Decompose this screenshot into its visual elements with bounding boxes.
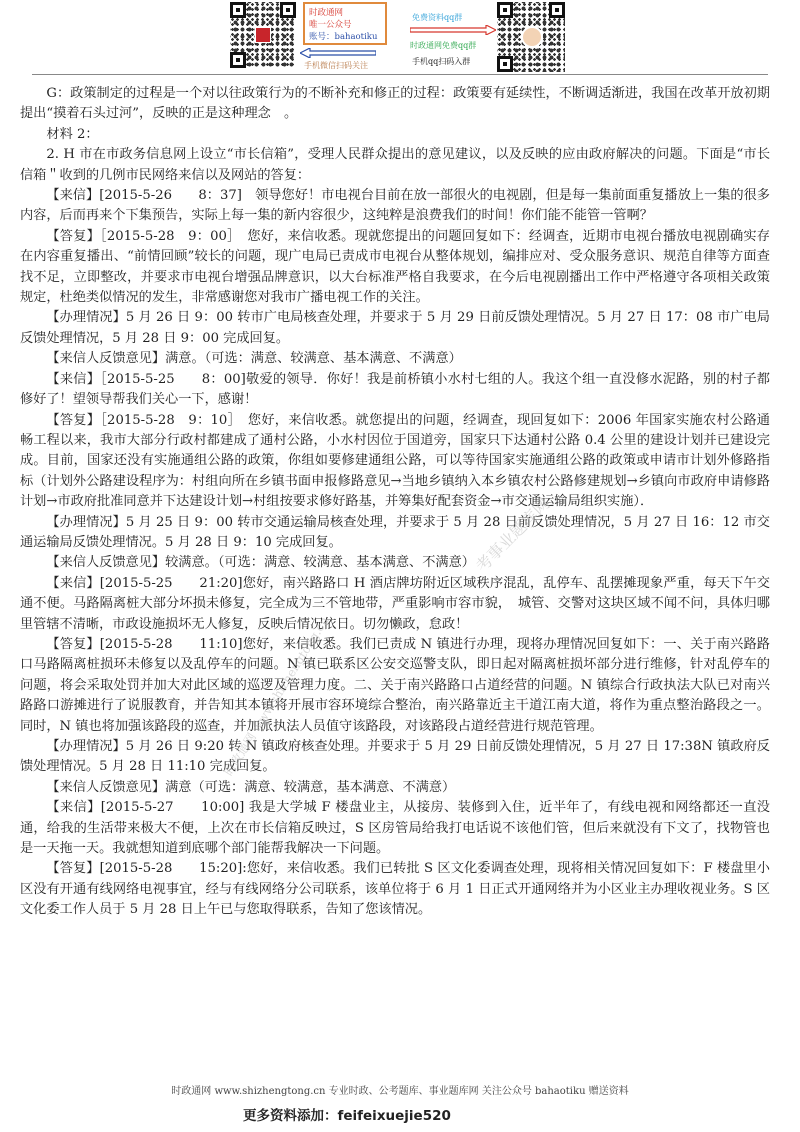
qq-scan-caption: 手机qq扫码入群 <box>412 56 470 67</box>
promo-line-2: 唯一公众号 <box>309 19 381 31</box>
letter-2: 【来信】［2015-5-25 8：00]敬爱的领导．你好！我是前桥镇小水村七组的… <box>20 370 770 411</box>
promo-box: 时政通网 唯一公众号 账号：bahaotiku <box>303 2 387 45</box>
qq-group-name: 时政通网免费qq群 <box>410 40 476 51</box>
feedback-2: 【来信人反馈意见】较满意。（可选：满意、较满意、基本满意、不满意） <box>20 553 770 573</box>
wechat-qr-code-icon <box>230 2 296 68</box>
question-2-intro: 2. H 市在市政务信息网上设立“市长信箱”，受理人民群众提出的意见建议，以及反… <box>20 145 770 186</box>
footer-more-label: 更多资料添加： <box>243 1108 338 1124</box>
arrow-left-icon <box>300 48 376 58</box>
brand-logo-icon <box>255 27 271 43</box>
arrow-right-icon <box>410 25 496 35</box>
reply-1: 【答复】［2015-5-28 9：00］ 您好，来信收悉。现就您提出的问题回复如… <box>20 227 770 309</box>
feedback-3: 【来信人反馈意见】满意（可选：满意、较满意，基本满意、不满意） <box>20 778 770 798</box>
promo-account: 账号：bahaotiku <box>309 31 381 43</box>
footer-contact-id: feifeixuejie520 <box>338 1108 451 1124</box>
qq-group-label: 免费资料qq群 <box>412 12 462 23</box>
document-body: G：政策制定的过程是一个对以往政策行为的不断补充和修正的过程：政策要有延续性，不… <box>20 84 770 921</box>
handling-2: 【办理情况】5 月 25 日 9：00 转市交通运输局核查处理，并要求于 5 月… <box>20 513 770 554</box>
footer-site-line: 时政通网 www.shizhengtong.cn 专业时政、公考题库、事业题库网… <box>0 1082 800 1097</box>
feedback-1: 【来信人反馈意见】满意。（可选：满意、较满意、基本满意、不满意） <box>20 349 770 369</box>
qq-group-qr-code-icon <box>497 2 565 72</box>
promo-line-1: 时政通网 <box>309 7 381 19</box>
avatar-icon <box>521 26 543 48</box>
letter-1: 【来信】[2015-5-26 8：37] 领导您好！市电视台目前在放一部很火的电… <box>20 186 770 227</box>
reply-4: 【答复】[2015-5-28 15:20]:您好，来信收悉。我们已转批 S 区文… <box>20 859 770 920</box>
paragraph-policy-g: G：政策制定的过程是一个对以往政策行为的不断补充和修正的过程：政策要有延续性，不… <box>20 84 770 125</box>
letter-4: 【来信】[2015-5-27 10:00] 我是大学城 F 楼盘业主，从接房、装… <box>20 798 770 859</box>
reply-2: 【答复】［2015-5-28 9：10］ 您好，来信收悉。就您提出的问题，经调查… <box>20 411 770 513</box>
wechat-scan-caption: 手机微信扫码关注 <box>304 60 368 71</box>
letter-3: 【来信】[2015-5-25 21:20]您好，南兴路路口 H 酒店牌坊附近区域… <box>20 574 770 635</box>
handling-1: 【办理情况】5 月 26 日 9：00 转市广电局核查处理，并要求于 5 月 2… <box>20 308 770 349</box>
handling-3: 【办理情况】5 月 26 日 9:20 转 N 镇政府核查处理。并要求于 5 月… <box>20 737 770 778</box>
header-banner: 时政通网 唯一公众号 账号：bahaotiku 手机微信扫码关注 免费资料qq群… <box>0 0 800 76</box>
material-2-heading: 材料 2： <box>20 125 770 145</box>
reply-3: 【答复】[2015-5-28 11:10]您好，来信收悉。我们已责成 N 镇进行… <box>20 635 770 737</box>
footer-more-resources: 更多资料添加：feifeixuejie520 <box>243 1104 451 1124</box>
header-divider <box>32 74 768 75</box>
